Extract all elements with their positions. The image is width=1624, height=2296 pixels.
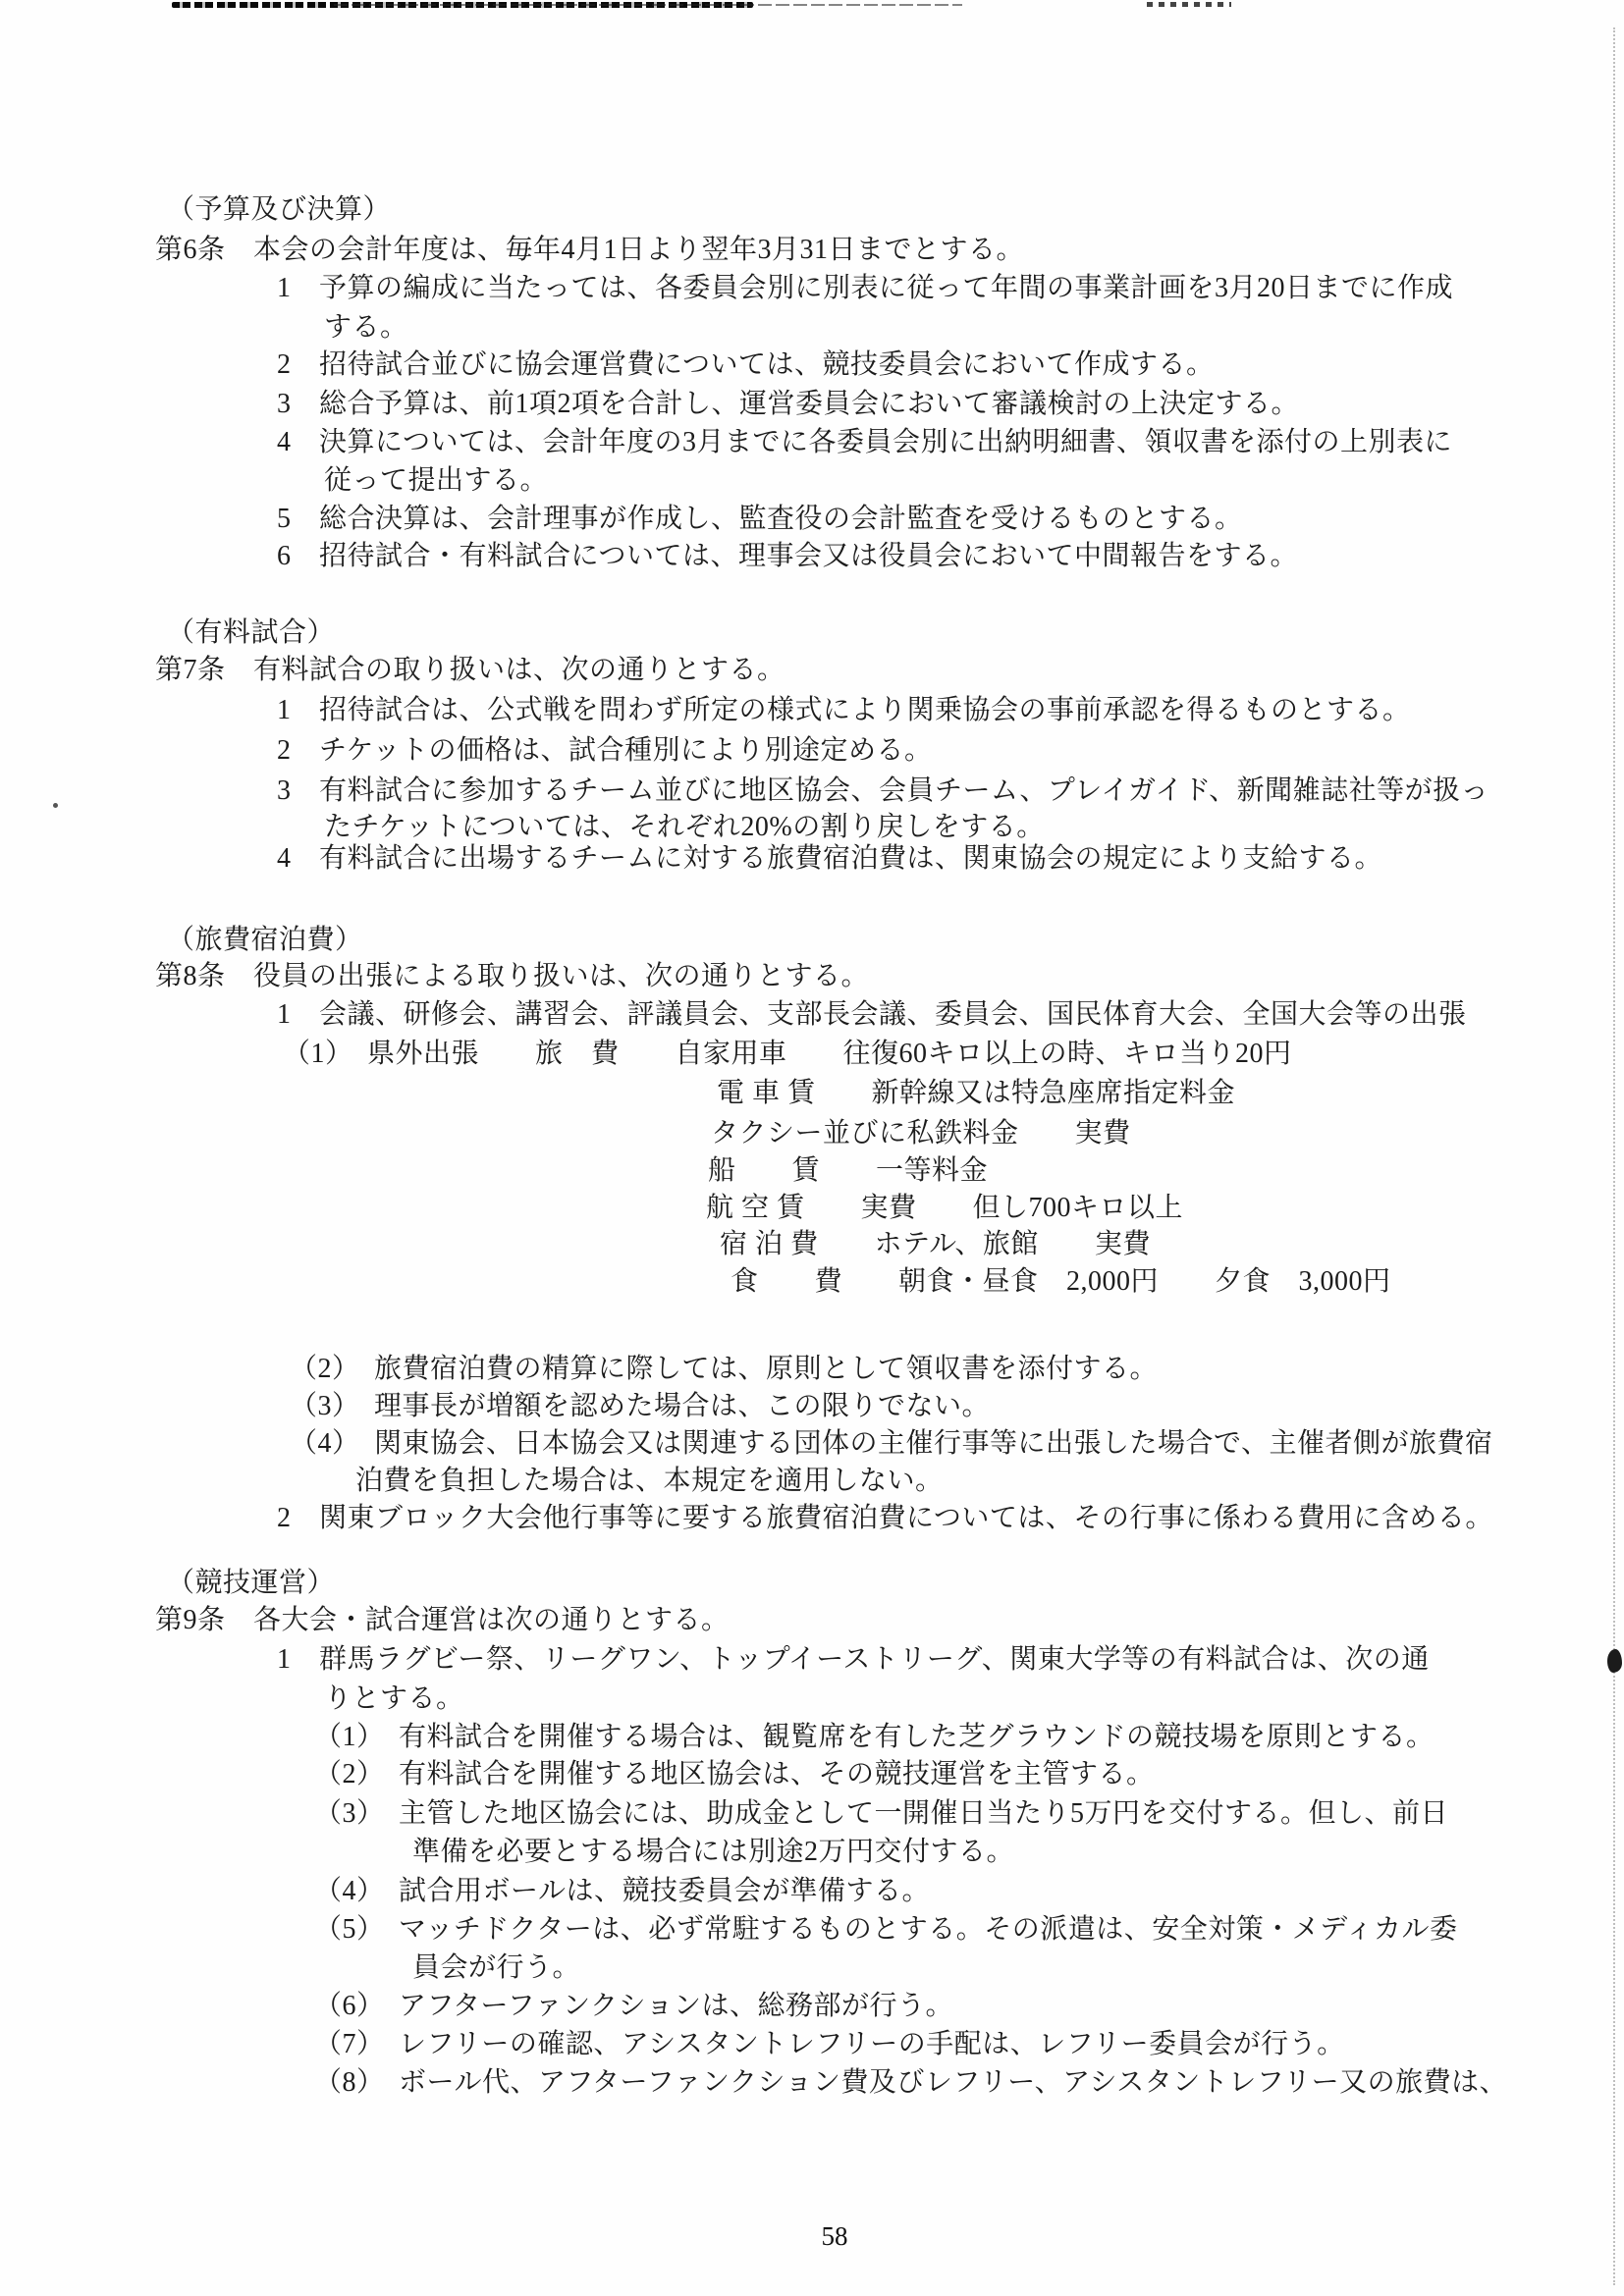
article-6-item-3: 3 総合予算は、前1項2項を合計し、運営委員会において審議検討の上決定する。 [277,388,1299,421]
article-6-title: 第6条 本会の会計年度は、毎年4月1日より翌年3月31日までとする。 [155,234,1024,267]
article-9-item-1-cont: りとする。 [324,1682,464,1716]
article-8-sub-2: （2） 旅費宿泊費の精算に際しては、原則として領収書を添付する。 [290,1353,1158,1386]
section-heading-paid-matches: （有料試合） [167,616,335,650]
article-7-item-4: 4 有料試合に出場するチームに対する旅費宿泊費は、関東協会の規定により支給する。 [277,842,1382,876]
expense-row-lodging: 宿 泊 費 ホテル、旅館 実費 [720,1228,1151,1261]
article-9-sub-4: （4） 試合用ボールは、競技委員会が準備する。 [314,1875,930,1908]
article-7-item-2: 2 チケットの価格は、試合種別により別途定める。 [277,734,932,768]
article-9-sub-2: （2） 有料試合を開催する地区協会は、その競技運営を主管する。 [314,1758,1155,1791]
article-7-item-3: 3 有料試合に参加するチーム並びに地区協会、会員チーム、プレイガイド、新聞雑誌社… [277,774,1489,808]
scan-smudge-top-thin [334,4,962,6]
article-6-item-1-cont: する。 [324,311,408,345]
article-6-item-6: 6 招待試合・有料試合については、理事会又は役員会において中間報告をする。 [277,540,1298,573]
expense-row-meals: 食 費 朝食・昼食 2,000円 夕食 3,000円 [731,1265,1391,1299]
article-7-item-1: 1 招待試合は、公式戦を問わず所定の様式により関乗協会の事前承認を得るものとする… [277,694,1411,727]
article-6-item-2: 2 招待試合並びに協会運営費については、競技委員会において作成する。 [277,348,1214,382]
article-6-item-4: 4 決算については、会計年度の3月までに各委員会別に出納明細書、領収書を添付の上… [277,426,1452,459]
article-9-sub-3-cont: 準備を必要とする場合には別途2万円交付する。 [412,1836,1014,1869]
article-9-sub-6: （6） アフターファンクションは、総務部が行う。 [314,1990,953,2023]
expense-row-taxi-private-rail: タクシー並びに私鉄料金 実費 [711,1117,1131,1150]
ink-blot-right-margin [1607,1649,1622,1673]
article-9-sub-1: （1） 有料試合を開催する場合は、観覧席を有した芝グラウンドの競技場を原則とする… [314,1721,1435,1754]
article-9-item-1: 1 群馬ラグビー祭、リーグワン、トップイーストリーグ、関東大学等の有料試合は、次… [277,1643,1430,1677]
article-7-title: 第7条 有料試合の取り扱いは、次の通りとする。 [155,654,785,687]
article-8-sub-4-cont: 泊費を負担した場合は、本規定を適用しない。 [355,1465,944,1498]
article-9-sub-5: （5） マッチドクターは、必ず常駐するものとする。その派遣は、安全対策・メディカ… [314,1913,1458,1947]
article-9-title: 第9条 各大会・試合運営は次の通りとする。 [155,1604,730,1637]
document-page: （予算及び決算） 第6条 本会の会計年度は、毎年4月1日より翌年3月31日までと… [0,0,1624,2296]
article-6-item-1: 1 予算の編成に当たっては、各委員会別に別表に従って年間の事業計画を3月20日ま… [277,272,1453,305]
article-8-title: 第8条 役員の出張による取り扱いは、次の通りとする。 [155,960,869,993]
expense-row-train-fare: 電 車 賃 新幹線又は特急座席指定料金 [717,1077,1235,1110]
article-8-item-1: 1 会議、研修会、講習会、評議員会、支部長会議、委員会、国民体育大会、全国大会等… [277,998,1467,1032]
scan-edge-dotted-line [1613,27,1615,2285]
article-8-sub-1-travel-fee: （1） 県外出張 旅 費 自家用車 往復60キロ以上の時、キロ当り20円 [283,1038,1292,1071]
article-6-item-5: 5 総合決算は、会計理事が作成し、監査役の会計監査を受けるものとする。 [277,503,1243,536]
ink-speck-left-margin [53,803,58,808]
section-heading-competition-mgmt: （競技運営） [167,1567,335,1600]
article-9-sub-3: （3） 主管した地区協会には、助成金として一開催日当たり5万円を交付する。但し、… [314,1797,1448,1831]
article-8-item-2: 2 関東ブロック大会他行事等に要する旅費宿泊費については、その行事に係わる費用に… [277,1502,1493,1535]
section-heading-budget-settlement: （予算及び決算） [167,193,391,227]
article-9-sub-7: （7） レフリーの確認、アシスタントレフリーの手配は、レフリー委員会が行う。 [314,2028,1345,2061]
article-9-sub-8: （8） ボール代、アフターファンクション費及びレフリー、アシスタントレフリー又の… [314,2066,1507,2100]
scan-specks-top-right [1147,2,1231,7]
article-6-item-4-cont: 従って提出する。 [324,464,548,498]
article-8-sub-3: （3） 理事長が増額を認めた場合は、この限りでない。 [290,1390,990,1423]
article-7-item-3-cont: たチケットについては、それぞれ20%の割り戻しをする。 [324,811,1045,844]
page-number: 58 [805,2221,864,2252]
article-8-sub-4: （4） 関東協会、日本協会又は関連する団体の主催行事等に出張した場合で、主催者側… [290,1427,1492,1461]
section-heading-travel-lodging: （旅費宿泊費） [167,924,363,957]
article-9-sub-5-cont: 員会が行う。 [412,1951,580,1985]
expense-row-boat-fare: 船 賃 一等料金 [708,1154,988,1188]
expense-row-air-fare: 航 空 賃 実費 但し700キロ以上 [706,1192,1183,1225]
